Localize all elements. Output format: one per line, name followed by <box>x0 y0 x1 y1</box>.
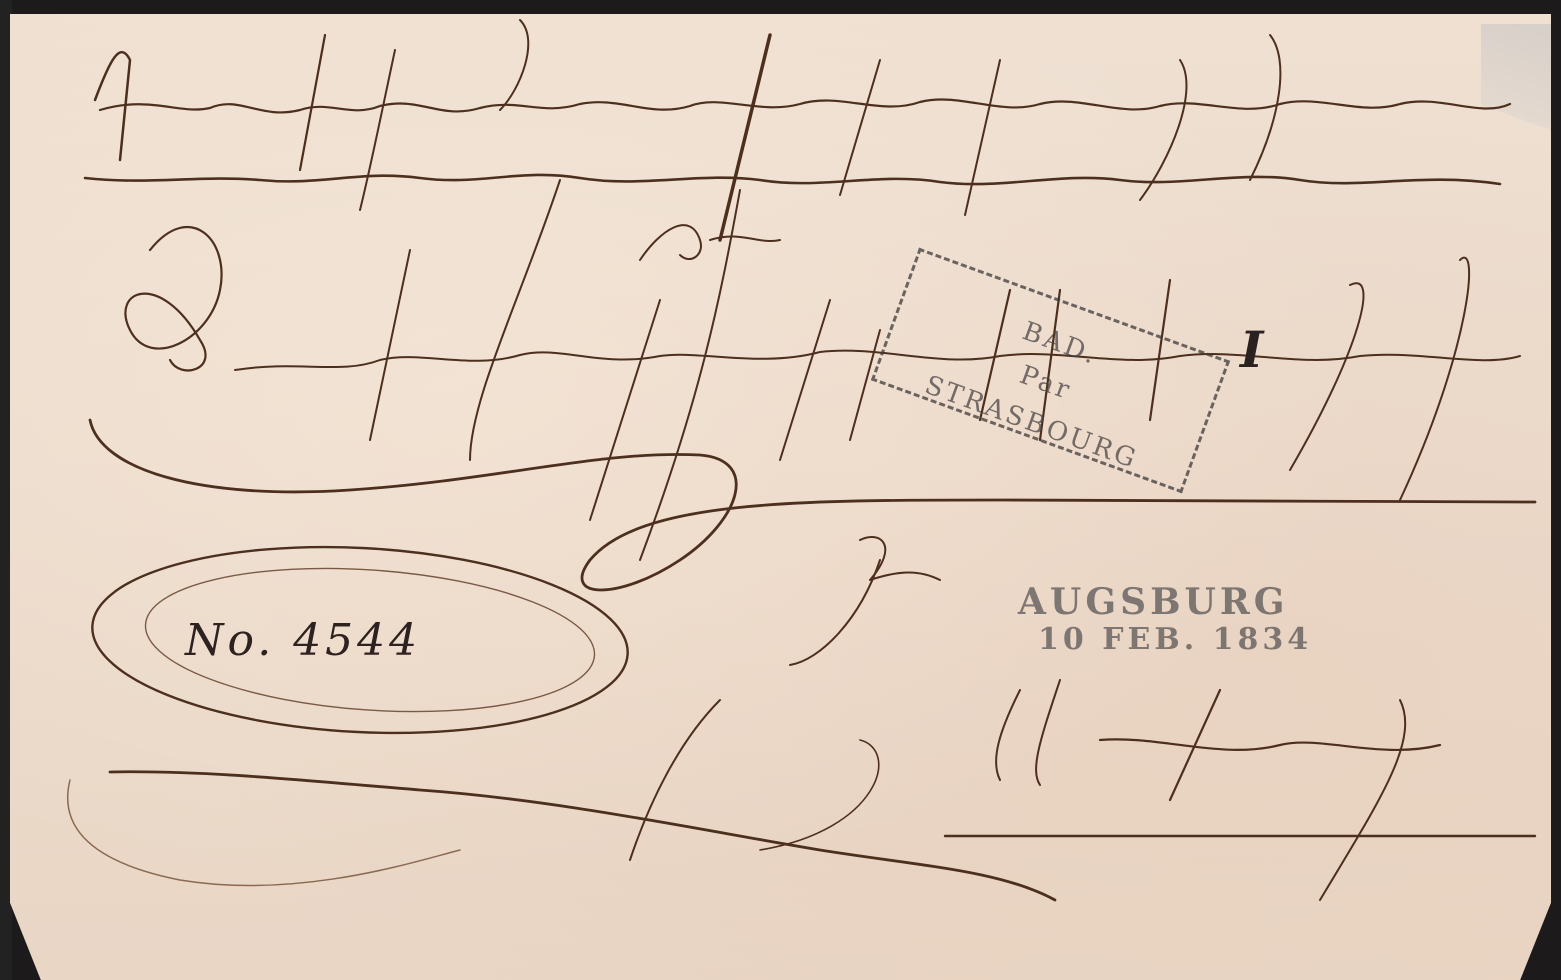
postmark-date: 10 FEB. 1834 <box>1018 622 1312 658</box>
rate-mark: I <box>1240 320 1263 379</box>
augsburg-postmark: AUGSBURG 10 FEB. 1834 <box>1018 582 1312 658</box>
postmark-city: AUGSBURG <box>1018 582 1312 622</box>
registration-number: No. 4544 <box>185 615 421 666</box>
handwriting-strokes <box>0 0 1561 980</box>
